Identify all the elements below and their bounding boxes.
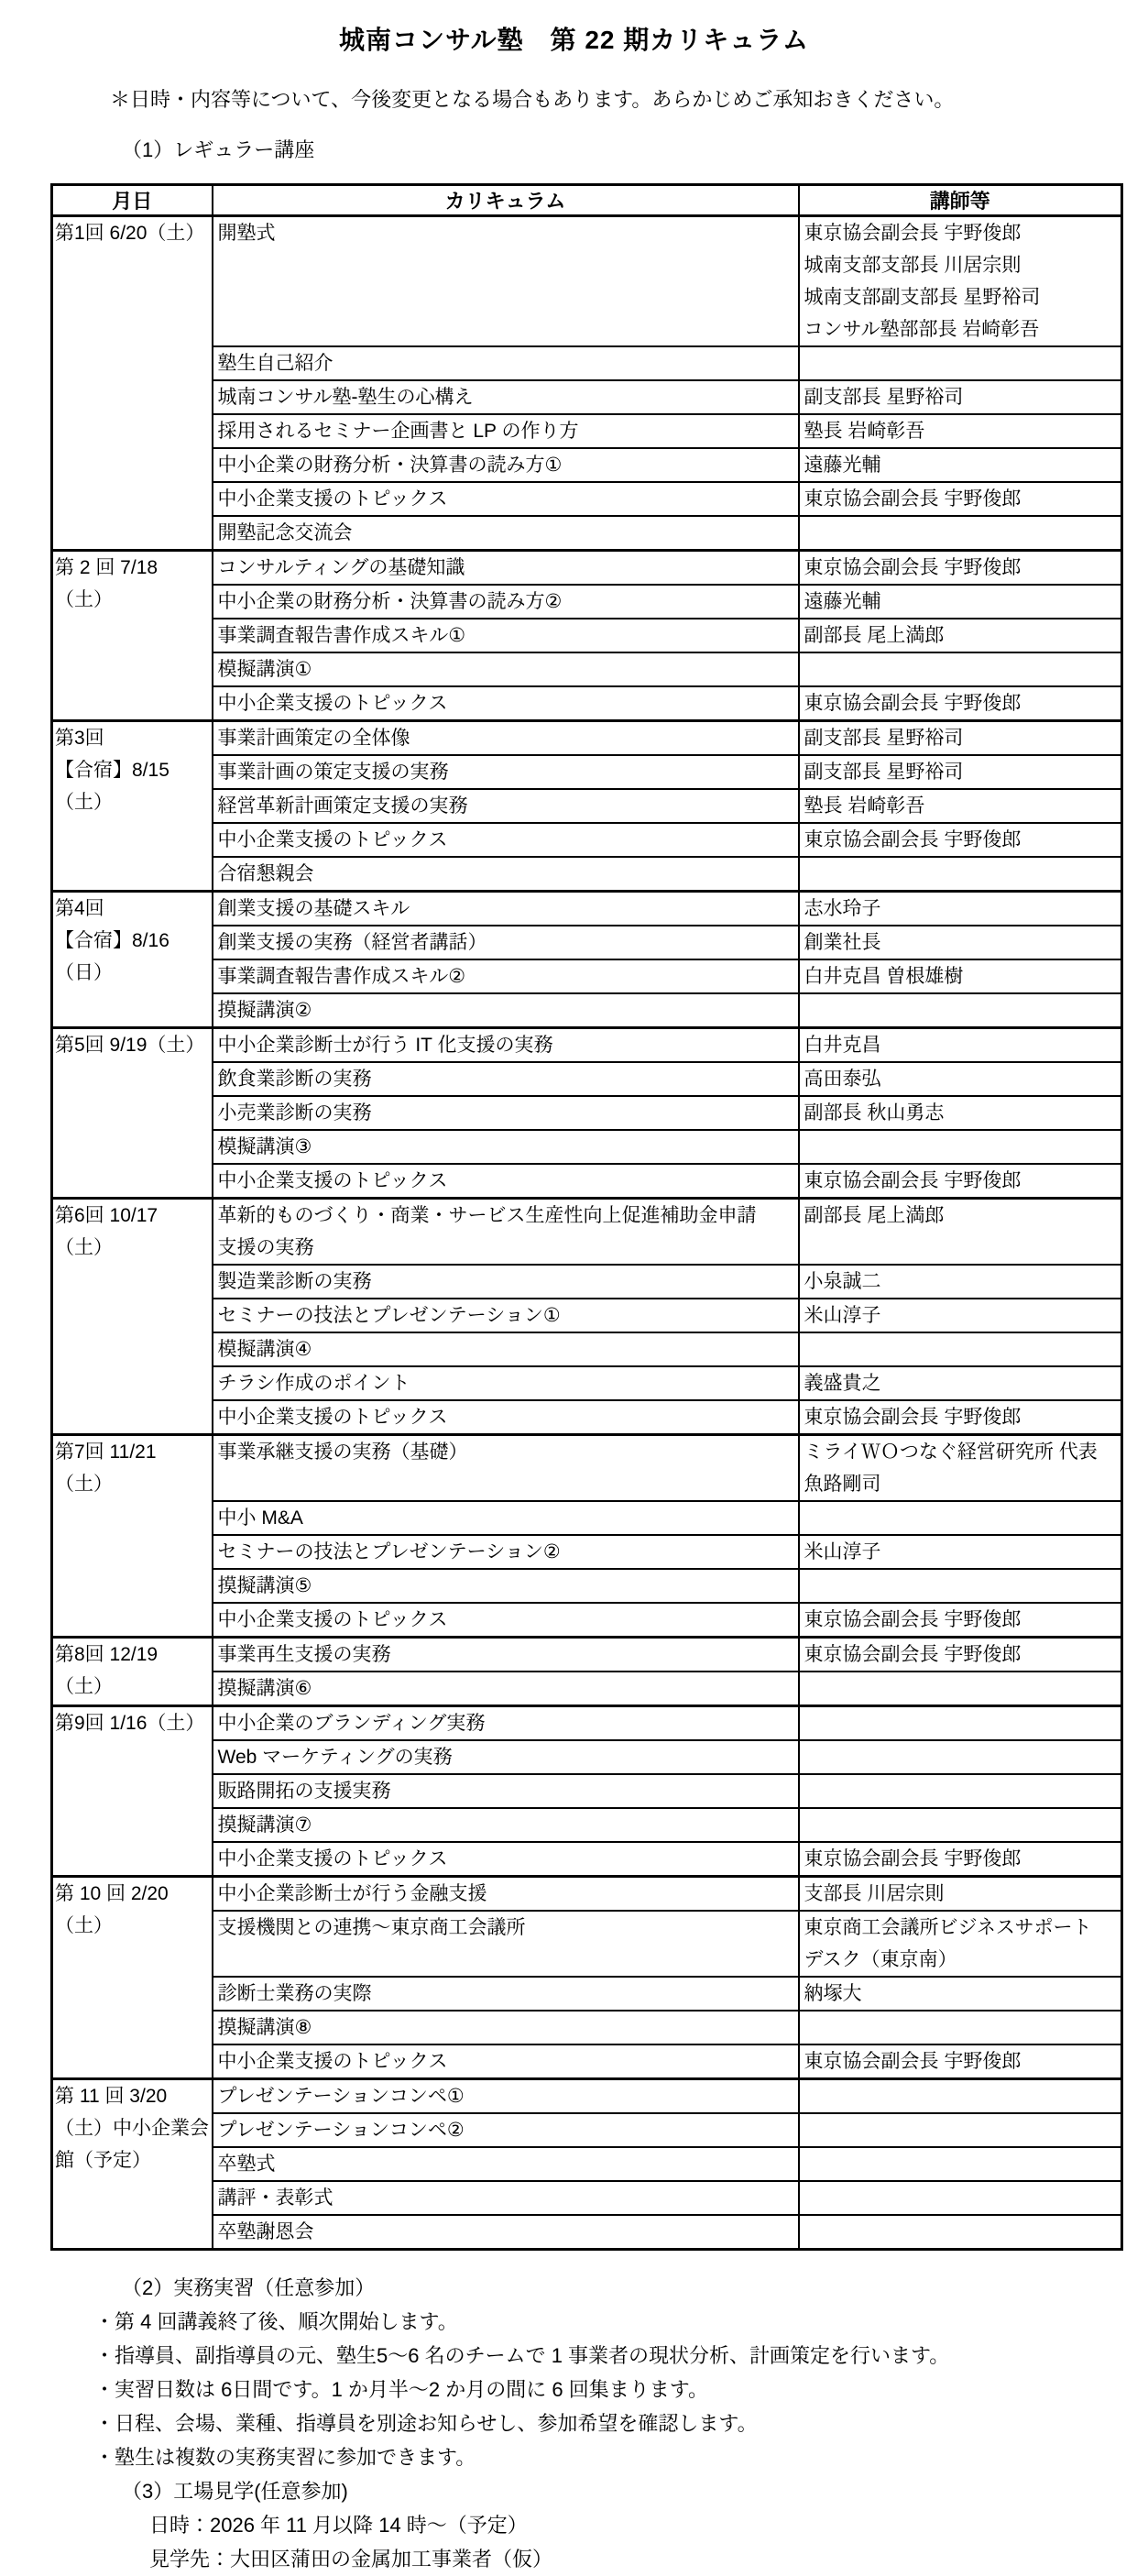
- table-row: 中小企業支援のトピックス東京協会副会長 宇野俊郎: [52, 1164, 1122, 1199]
- curriculum-cell: 経営革新計画策定支援の実務: [213, 789, 799, 823]
- table-row: 第9回 1/16（土）中小企業のブランディング実務: [52, 1706, 1122, 1741]
- table-row: セミナーの技法とプレゼンテーション②米山淳子: [52, 1535, 1122, 1569]
- table-row: 中小企業の財務分析・決算書の読み方①遠藤光輔: [52, 448, 1122, 482]
- date-cell: 第 2 回 7/18 （土）: [52, 551, 213, 721]
- curriculum-cell: 開塾式: [213, 216, 799, 347]
- curriculum-cell: 中小企業のブランディング実務: [213, 1706, 799, 1741]
- curriculum-cell: 中小企業の財務分析・決算書の読み方②: [213, 585, 799, 619]
- instructor-cell: 創業社長: [799, 926, 1122, 959]
- table-row: 模擬講演①: [52, 652, 1122, 686]
- date-cell: 第3回 【合宿】8/15 （土）: [52, 721, 213, 892]
- table-row: 中小企業支援のトピックス東京協会副会長 宇野俊郎: [52, 1400, 1122, 1435]
- table-row: 城南コンサル塾-塾生の心構え副支部長 星野裕司: [52, 380, 1122, 414]
- curriculum-cell: 中小企業支援のトピックス: [213, 1164, 799, 1199]
- curriculum-cell: 模擬講演③: [213, 1130, 799, 1164]
- table-row: プレゼンテーションコンペ②: [52, 2113, 1122, 2147]
- table-row: 経営革新計画策定支援の実務塾長 岩崎彰吾: [52, 789, 1122, 823]
- instructor-cell: 東京協会副会長 宇野俊郎: [799, 551, 1122, 586]
- curriculum-cell: 中小 M&A: [213, 1501, 799, 1535]
- table-row: 摸擬講演⑦: [52, 1808, 1122, 1842]
- table-row: 中小企業支援のトピックス東京協会副会長 宇野俊郎: [52, 2044, 1122, 2079]
- curriculum-cell: 摸擬講演⑧: [213, 2011, 799, 2044]
- instructor-cell: 納塚大: [799, 1977, 1122, 2011]
- date-cell: 第7回 11/21 （土）: [52, 1435, 213, 1638]
- instructor-cell: [799, 1672, 1122, 1706]
- instructor-cell: 白井克昌: [799, 1028, 1122, 1063]
- curriculum-cell: チラシ作成のポイント: [213, 1366, 799, 1400]
- date-cell: 第5回 9/19（土）: [52, 1028, 213, 1199]
- instructor-cell: 東京協会副会長 宇野俊郎: [799, 1842, 1122, 1877]
- curriculum-cell: 飲食業診断の実務: [213, 1062, 799, 1096]
- instructor-cell: [799, 2147, 1122, 2181]
- curriculum-cell: 中小企業診断士が行う金融支援: [213, 1877, 799, 1912]
- date-cell: 第 10 回 2/20 （土）: [52, 1877, 213, 2079]
- table-row: 模擬講演④: [52, 1332, 1122, 1366]
- instructor-cell: [799, 2079, 1122, 2114]
- instructor-cell: 東京協会副会長 宇野俊郎 城南支部支部長 川居宗則 城南支部副支部長 星野裕司 …: [799, 216, 1122, 347]
- curriculum-cell: 事業調査報告書作成スキル①: [213, 619, 799, 652]
- table-row: 中小企業支援のトピックス東京協会副会長 宇野俊郎: [52, 482, 1122, 516]
- instructor-cell: [799, 1808, 1122, 1842]
- curriculum-cell: 製造業診断の実務: [213, 1265, 799, 1299]
- curriculum-cell: 講評・表彰式: [213, 2181, 799, 2215]
- curriculum-table: 月日 カリキュラム 講師等 第1回 6/20（土）開塾式東京協会副会長 宇野俊郎…: [50, 183, 1123, 2251]
- curriculum-cell: 支援機関との連携～東京商工会議所: [213, 1911, 799, 1977]
- curriculum-cell: 中小企業支援のトピックス: [213, 1400, 799, 1435]
- table-row: 診断士業務の実際納塚大: [52, 1977, 1122, 2011]
- curriculum-cell: 診断士業務の実際: [213, 1977, 799, 2011]
- header-cell-curriculum: カリキュラム: [213, 185, 799, 216]
- curriculum-cell: プレゼンテーションコンペ②: [213, 2113, 799, 2147]
- instructor-cell: 東京協会副会長 宇野俊郎: [799, 2044, 1122, 2079]
- instructor-cell: 遠藤光輔: [799, 585, 1122, 619]
- curriculum-cell: 事業調査報告書作成スキル②: [213, 959, 799, 993]
- instructor-cell: 副支部長 星野裕司: [799, 755, 1122, 789]
- header-cell-date: 月日: [52, 185, 213, 216]
- notes-section: （2）実務実習（任意参加） ・第 4 回講義終了後、順次開始します。 ・指導員、…: [0, 2271, 1148, 2576]
- table-row: 摸擬講演⑤: [52, 1569, 1122, 1603]
- table-body: 第1回 6/20（土）開塾式東京協会副会長 宇野俊郎 城南支部支部長 川居宗則 …: [52, 216, 1122, 2250]
- instructor-cell: 米山淳子: [799, 1535, 1122, 1569]
- date-cell: 第1回 6/20（土）: [52, 216, 213, 551]
- instructor-cell: [799, 1569, 1122, 1603]
- table-row: 中小 M&A: [52, 1501, 1122, 1535]
- curriculum-cell: 模擬講演④: [213, 1332, 799, 1366]
- curriculum-cell: 事業計画の策定支援の実務: [213, 755, 799, 789]
- curriculum-cell: 中小企業支援のトピックス: [213, 823, 799, 857]
- table-row: 合宿懇親会: [52, 857, 1122, 892]
- table-row: 事業計画の策定支援の実務副支部長 星野裕司: [52, 755, 1122, 789]
- table-row: 事業調査報告書作成スキル②白井克昌 曽根雄樹: [52, 959, 1122, 993]
- instructor-cell: [799, 993, 1122, 1028]
- table-row: 第7回 11/21 （土）事業承継支援の実務（基礎）ミライＷＯつなぐ経営研究所 …: [52, 1435, 1122, 1502]
- curriculum-cell: 合宿懇親会: [213, 857, 799, 892]
- instructor-cell: 副支部長 星野裕司: [799, 380, 1122, 414]
- curriculum-cell: 開塾記念交流会: [213, 516, 799, 551]
- table-row: 中小企業支援のトピックス東京協会副会長 宇野俊郎: [52, 686, 1122, 721]
- instructor-cell: 塾長 岩崎彰吾: [799, 414, 1122, 448]
- table-row: 事業調査報告書作成スキル①副部長 尾上満郎: [52, 619, 1122, 652]
- instructor-cell: 志水玲子: [799, 892, 1122, 926]
- table-row: 販路開拓の支援実務: [52, 1774, 1122, 1808]
- instructor-cell: [799, 1332, 1122, 1366]
- instructor-cell: [799, 2215, 1122, 2250]
- table-row: 中小企業支援のトピックス東京協会副会長 宇野俊郎: [52, 1603, 1122, 1638]
- table-row: 第 11 回 3/20 （土）中小企業会 館（予定）プレゼンテーションコンペ①: [52, 2079, 1122, 2114]
- instructor-cell: [799, 2011, 1122, 2044]
- instructor-cell: 白井克昌 曽根雄樹: [799, 959, 1122, 993]
- curriculum-cell: 摸擬講演⑥: [213, 1672, 799, 1706]
- curriculum-cell: 事業再生支援の実務: [213, 1638, 799, 1672]
- instructor-cell: 小泉誠二: [799, 1265, 1122, 1299]
- instructor-cell: 東京協会副会長 宇野俊郎: [799, 1400, 1122, 1435]
- instructor-cell: ミライＷＯつなぐ経営研究所 代表 魚路剛司: [799, 1435, 1122, 1502]
- instructor-cell: 東京協会副会長 宇野俊郎: [799, 1638, 1122, 1672]
- curriculum-cell: コンサルティングの基礎知識: [213, 551, 799, 586]
- instructor-cell: [799, 1130, 1122, 1164]
- section2-label: （2）実務実習（任意参加）: [122, 2271, 1148, 2305]
- curriculum-cell: 模擬講演①: [213, 652, 799, 686]
- table-row: 中小企業の財務分析・決算書の読み方②遠藤光輔: [52, 585, 1122, 619]
- instructor-cell: 東京協会副会長 宇野俊郎: [799, 482, 1122, 516]
- table-row: 第 10 回 2/20 （土）中小企業診断士が行う金融支援支部長 川居宗則: [52, 1877, 1122, 1912]
- section3-label: （3）工場見学(任意参加): [122, 2474, 1148, 2508]
- table-row: チラシ作成のポイント義盛貴之: [52, 1366, 1122, 1400]
- table-row: 摸擬講演⑥: [52, 1672, 1122, 1706]
- instructor-cell: [799, 2113, 1122, 2147]
- curriculum-cell: 採用されるセミナー企画書と LP の作り方: [213, 414, 799, 448]
- curriculum-cell: 卒塾式: [213, 2147, 799, 2181]
- table-row: 卒塾謝恩会: [52, 2215, 1122, 2250]
- curriculum-cell: 中小企業支援のトピックス: [213, 482, 799, 516]
- table-row: 採用されるセミナー企画書と LP の作り方塾長 岩崎彰吾: [52, 414, 1122, 448]
- curriculum-cell: 中小企業支援のトピックス: [213, 2044, 799, 2079]
- table-row: Web マーケティングの実務: [52, 1740, 1122, 1774]
- instructor-cell: 副支部長 星野裕司: [799, 721, 1122, 756]
- instructor-cell: [799, 1740, 1122, 1774]
- instructor-cell: 塾長 岩崎彰吾: [799, 789, 1122, 823]
- instructor-cell: [799, 1501, 1122, 1535]
- section3-detail: 見学先：大田区蒲田の金属加工事業者（仮）: [149, 2542, 1148, 2576]
- date-cell: 第 11 回 3/20 （土）中小企業会 館（予定）: [52, 2079, 213, 2250]
- table-row: 飲食業診断の実務高田泰弘: [52, 1062, 1122, 1096]
- curriculum-cell: 摸擬講演⑤: [213, 1569, 799, 1603]
- instructor-cell: [799, 2181, 1122, 2215]
- instructor-cell: 米山淳子: [799, 1299, 1122, 1332]
- curriculum-cell: 販路開拓の支援実務: [213, 1774, 799, 1808]
- table-row: 第3回 【合宿】8/15 （土）事業計画策定の全体像副支部長 星野裕司: [52, 721, 1122, 756]
- change-note: ＊日時・内容等について、今後変更となる場合もあります。あらかじめご承知おきくださ…: [110, 84, 1148, 113]
- curriculum-cell: 中小企業診断士が行う IT 化支援の実務: [213, 1028, 799, 1063]
- table-row: 製造業診断の実務小泉誠二: [52, 1265, 1122, 1299]
- curriculum-cell: セミナーの技法とプレゼンテーション②: [213, 1535, 799, 1569]
- table-row: 塾生自己紹介: [52, 346, 1122, 380]
- page-title: 城南コンサル塾 第 22 期カリキュラム: [50, 20, 1098, 57]
- curriculum-cell: 中小企業支援のトピックス: [213, 1842, 799, 1877]
- instructor-cell: 東京協会副会長 宇野俊郎: [799, 686, 1122, 721]
- date-cell: 第9回 1/16（土）: [52, 1706, 213, 1877]
- curriculum-cell: 事業計画策定の全体像: [213, 721, 799, 756]
- document-page: { "colors": { "text": "#000000", "backgr…: [0, 20, 1148, 2551]
- table-row: 第 2 回 7/18 （土）コンサルティングの基礎知識東京協会副会長 宇野俊郎: [52, 551, 1122, 586]
- table-row: 第6回 10/17 （土）革新的ものづくり・商業・サービス生産性向上促進補助金申…: [52, 1199, 1122, 1266]
- instructor-cell: 東京商工会議所ビジネスサポート デスク（東京南）: [799, 1911, 1122, 1977]
- header-cell-instructor: 講師等: [799, 185, 1122, 216]
- instructor-cell: 東京協会副会長 宇野俊郎: [799, 823, 1122, 857]
- instructor-cell: 副部長 尾上満郎: [799, 619, 1122, 652]
- table-row: 支援機関との連携～東京商工会議所東京商工会議所ビジネスサポート デスク（東京南）: [52, 1911, 1122, 1977]
- section2-bullet: ・塾生は複数の実務実習に参加できます。: [94, 2440, 1148, 2474]
- instructor-cell: 東京協会副会長 宇野俊郎: [799, 1164, 1122, 1199]
- section2-bullet: ・実習日数は 6日間です。1 か月半～2 か月の間に 6 回集まります。: [94, 2373, 1148, 2406]
- date-cell: 第4回 【合宿】8/16 （日）: [52, 892, 213, 1028]
- curriculum-cell: 中小企業支援のトピックス: [213, 1603, 799, 1638]
- table-row: 創業支援の実務（経営者講話）創業社長: [52, 926, 1122, 959]
- curriculum-cell: 創業支援の実務（経営者講話）: [213, 926, 799, 959]
- curriculum-cell: 創業支援の基礎スキル: [213, 892, 799, 926]
- instructor-cell: [799, 516, 1122, 551]
- table-row: 摸擬講演②: [52, 993, 1122, 1028]
- curriculum-cell: Web マーケティングの実務: [213, 1740, 799, 1774]
- table-row: 中小企業支援のトピックス東京協会副会長 宇野俊郎: [52, 1842, 1122, 1877]
- date-cell: 第6回 10/17 （土）: [52, 1199, 213, 1435]
- instructor-cell: 義盛貴之: [799, 1366, 1122, 1400]
- instructor-cell: 支部長 川居宗則: [799, 1877, 1122, 1912]
- table-row: 第4回 【合宿】8/16 （日）創業支援の基礎スキル志水玲子: [52, 892, 1122, 926]
- table-row: セミナーの技法とプレゼンテーション①米山淳子: [52, 1299, 1122, 1332]
- table-row: 第5回 9/19（土）中小企業診断士が行う IT 化支援の実務白井克昌: [52, 1028, 1122, 1063]
- curriculum-cell: 摸擬講演⑦: [213, 1808, 799, 1842]
- instructor-cell: [799, 652, 1122, 686]
- curriculum-cell: 城南コンサル塾-塾生の心構え: [213, 380, 799, 414]
- table-row: 講評・表彰式: [52, 2181, 1122, 2215]
- curriculum-cell: プレゼンテーションコンペ①: [213, 2079, 799, 2114]
- curriculum-cell: 塾生自己紹介: [213, 346, 799, 380]
- instructor-cell: [799, 1706, 1122, 1741]
- table-row: 卒塾式: [52, 2147, 1122, 2181]
- table-row: 模擬講演③: [52, 1130, 1122, 1164]
- curriculum-cell: 卒塾謝恩会: [213, 2215, 799, 2250]
- table-row: 開塾記念交流会: [52, 516, 1122, 551]
- curriculum-cell: 小売業診断の実務: [213, 1096, 799, 1130]
- date-cell: 第8回 12/19 （土）: [52, 1638, 213, 1706]
- section2-bullet: ・指導員、副指導員の元、塾生5～6 名のチームで 1 事業者の現状分析、計画策定…: [94, 2339, 1148, 2373]
- table-row: 小売業診断の実務副部長 秋山勇志: [52, 1096, 1122, 1130]
- instructor-cell: 高田泰弘: [799, 1062, 1122, 1096]
- table-row: 第1回 6/20（土）開塾式東京協会副会長 宇野俊郎 城南支部支部長 川居宗則 …: [52, 216, 1122, 347]
- table-header-row: 月日 カリキュラム 講師等: [52, 185, 1122, 216]
- section1-label: （1）レギュラー講座: [122, 135, 1148, 163]
- curriculum-cell: 革新的ものづくり・商業・サービス生産性向上促進補助金申請 支援の実務: [213, 1199, 799, 1266]
- instructor-cell: 副部長 秋山勇志: [799, 1096, 1122, 1130]
- section2-bullet: ・第 4 回講義終了後、順次開始します。: [94, 2305, 1148, 2339]
- curriculum-cell: 摸擬講演②: [213, 993, 799, 1028]
- table-row: 中小企業支援のトピックス東京協会副会長 宇野俊郎: [52, 823, 1122, 857]
- instructor-cell: [799, 857, 1122, 892]
- instructor-cell: 東京協会副会長 宇野俊郎: [799, 1603, 1122, 1638]
- curriculum-cell: 中小企業支援のトピックス: [213, 686, 799, 721]
- table-row: 摸擬講演⑧: [52, 2011, 1122, 2044]
- instructor-cell: [799, 1774, 1122, 1808]
- curriculum-cell: 中小企業の財務分析・決算書の読み方①: [213, 448, 799, 482]
- curriculum-cell: 事業承継支援の実務（基礎）: [213, 1435, 799, 1502]
- instructor-cell: 副部長 尾上満郎: [799, 1199, 1122, 1266]
- curriculum-cell: セミナーの技法とプレゼンテーション①: [213, 1299, 799, 1332]
- section2-bullet: ・日程、会場、業種、指導員を別途お知らせし、参加希望を確認します。: [94, 2406, 1148, 2440]
- table-row: 第8回 12/19 （土）事業再生支援の実務東京協会副会長 宇野俊郎: [52, 1638, 1122, 1672]
- instructor-cell: 遠藤光輔: [799, 448, 1122, 482]
- section3-detail: 日時：2026 年 11 月以降 14 時～（予定）: [149, 2508, 1148, 2542]
- instructor-cell: [799, 346, 1122, 380]
